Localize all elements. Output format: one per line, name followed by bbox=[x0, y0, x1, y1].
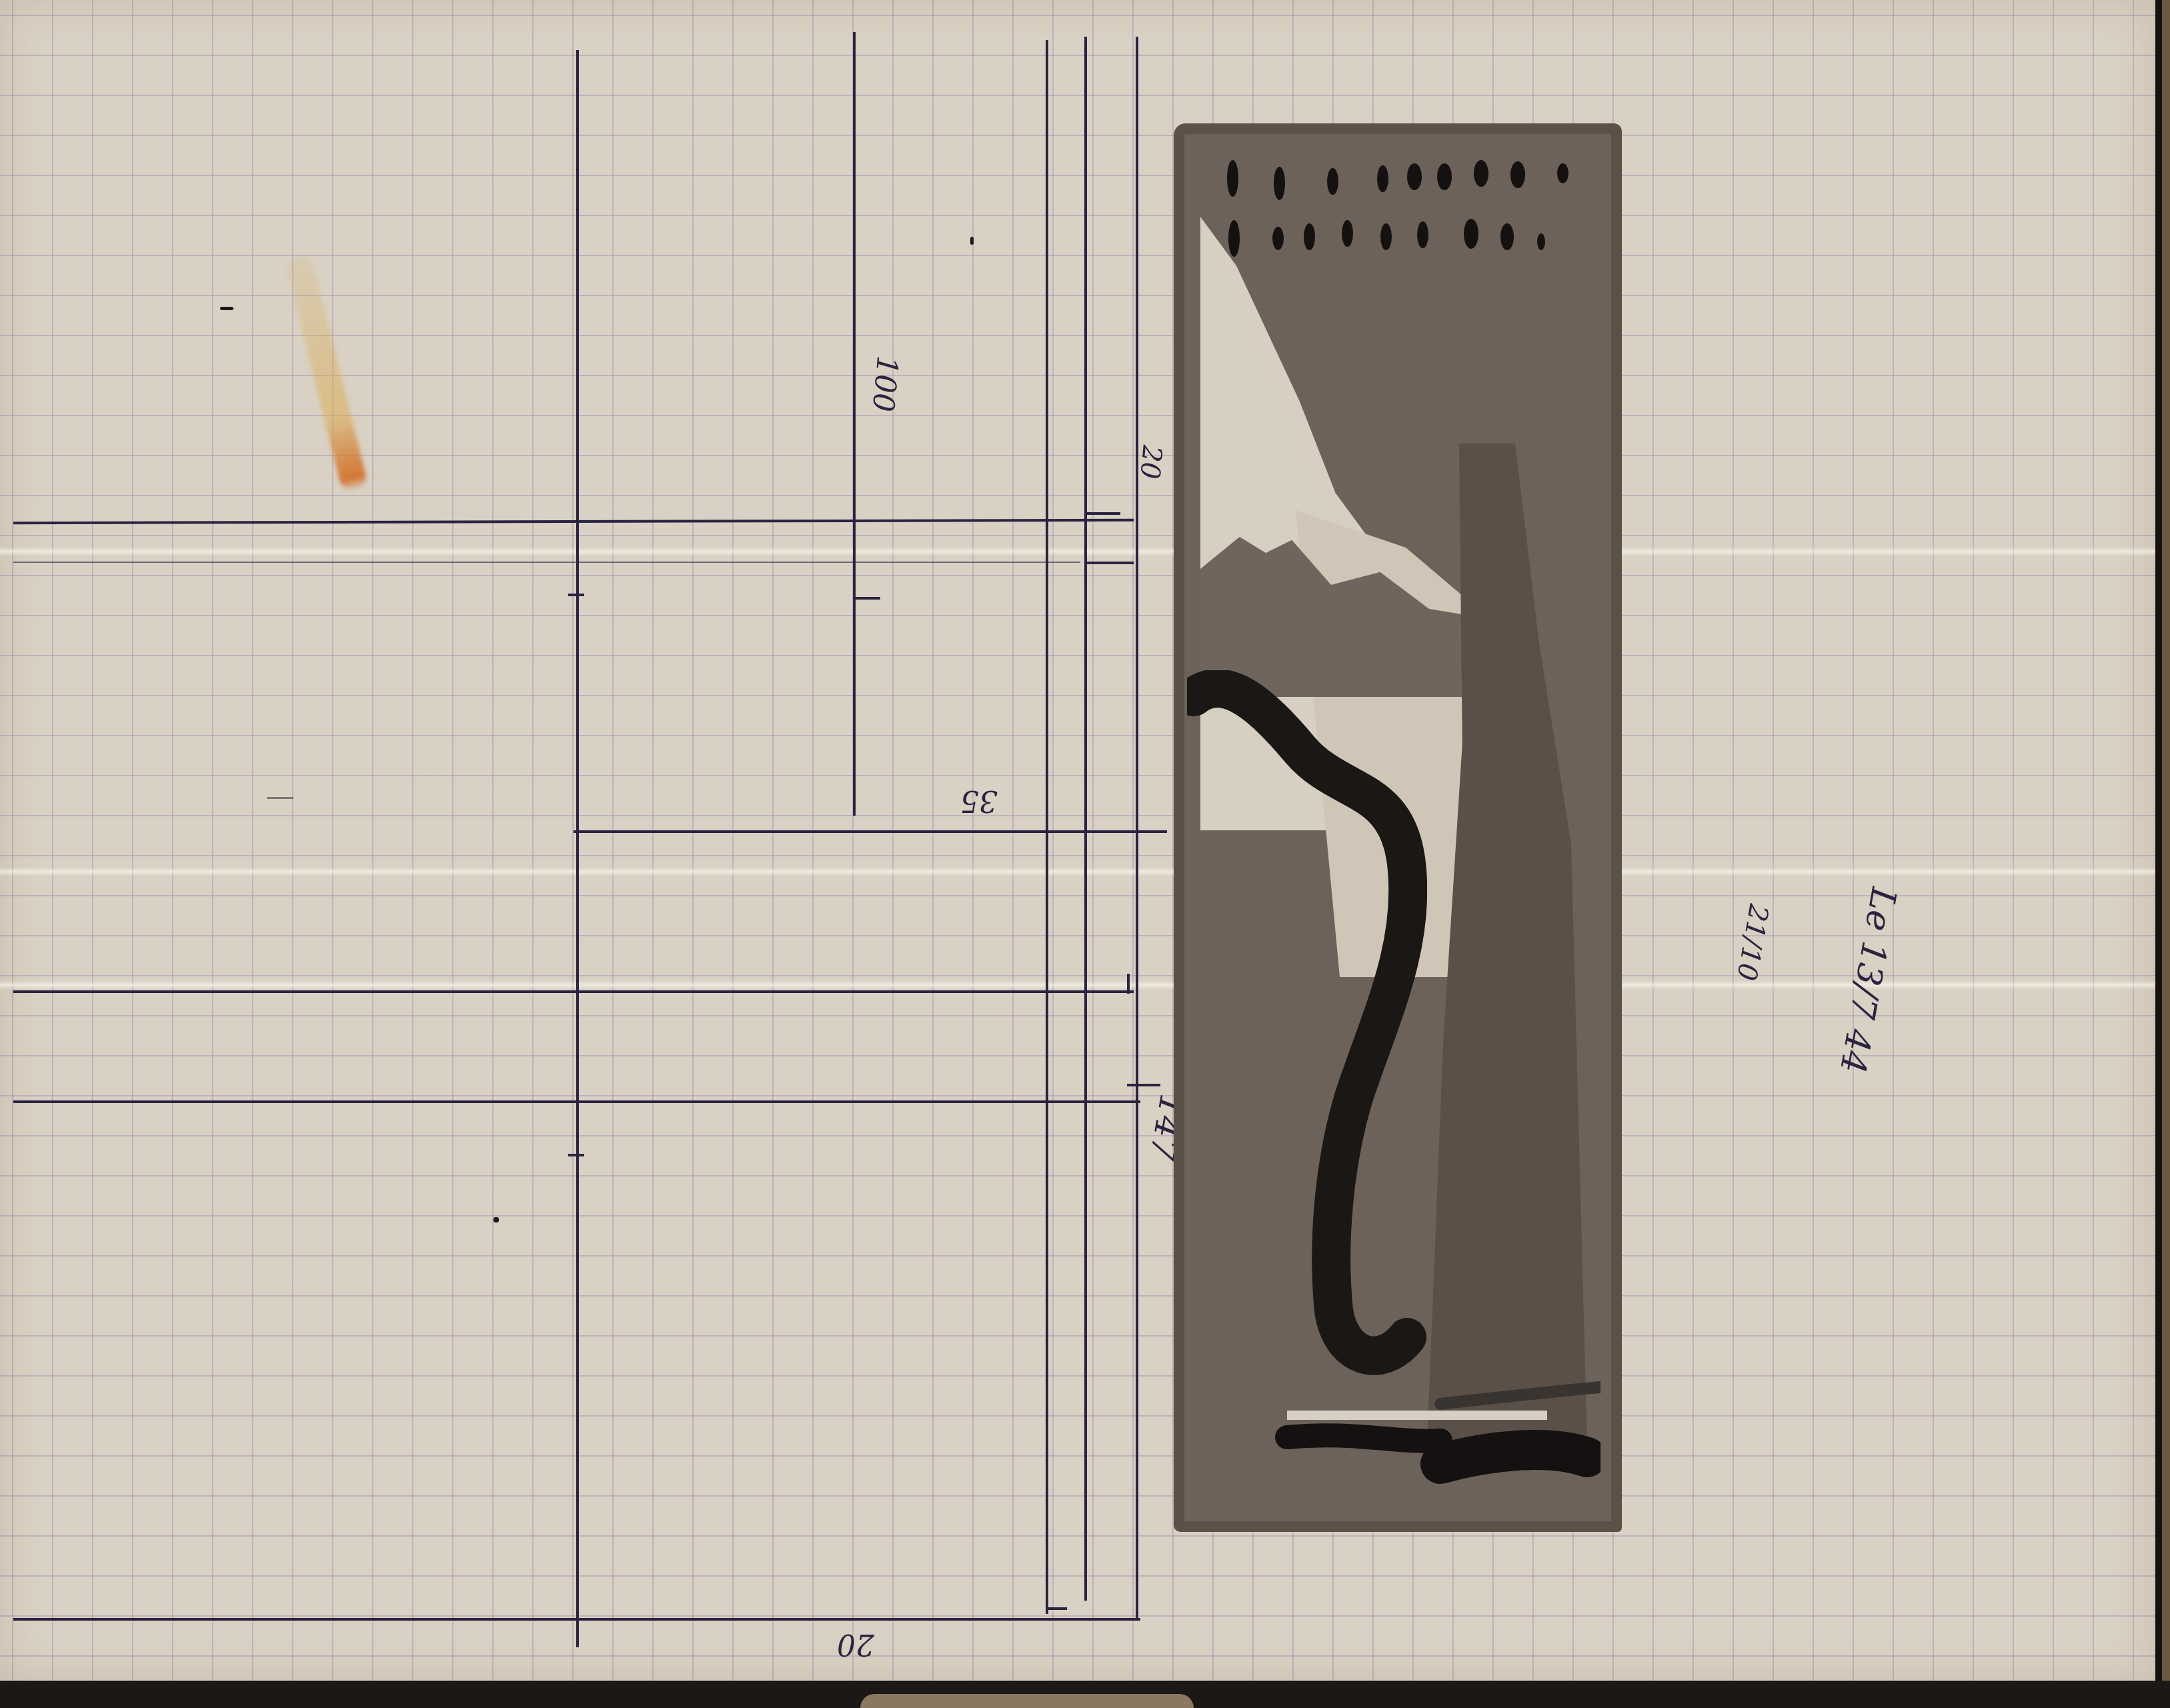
tick-mark bbox=[568, 1154, 584, 1156]
paper-fold-highlight bbox=[0, 547, 2155, 556]
dot bbox=[1227, 160, 1238, 197]
painting-bottom-strokes bbox=[1187, 1377, 1600, 1511]
dotted-frieze bbox=[1220, 160, 1554, 247]
construction-line-vertical bbox=[576, 50, 579, 1647]
scan-background-bottom bbox=[0, 1681, 2170, 1708]
construction-line-vertical bbox=[853, 32, 856, 816]
painting-serpentine-figure bbox=[1187, 670, 1427, 1417]
ink-speck bbox=[267, 797, 293, 799]
backing-board bbox=[2162, 0, 2170, 1708]
paper-fold-highlight bbox=[0, 980, 2155, 990]
dot bbox=[1407, 163, 1422, 190]
dot bbox=[1417, 221, 1428, 248]
construction-line-horizontal bbox=[13, 562, 1080, 563]
dot bbox=[1272, 227, 1284, 250]
dot bbox=[1474, 160, 1488, 187]
tick-mark bbox=[1127, 974, 1130, 994]
construction-line-vertical bbox=[1084, 37, 1087, 1601]
dot bbox=[1274, 167, 1285, 200]
scan-background-right bbox=[2155, 0, 2170, 1708]
ink-speck bbox=[220, 307, 233, 310]
construction-line-horizontal bbox=[574, 830, 1167, 833]
dot bbox=[1500, 223, 1514, 250]
dot bbox=[1228, 220, 1240, 257]
tick-mark bbox=[1087, 562, 1134, 564]
dot bbox=[1342, 220, 1353, 247]
graph-paper-sheet bbox=[0, 0, 2155, 1681]
dot bbox=[1304, 223, 1315, 250]
construction-line-vertical bbox=[1046, 40, 1048, 1614]
tick-mark bbox=[1127, 1084, 1160, 1086]
tick-mark bbox=[1047, 1607, 1067, 1610]
construction-line-vertical bbox=[1136, 37, 1138, 1621]
dot bbox=[1377, 165, 1388, 192]
dot bbox=[1464, 219, 1478, 249]
dot bbox=[1510, 161, 1525, 188]
measurement-label: 100 bbox=[866, 354, 904, 413]
tick-mark bbox=[854, 597, 880, 600]
dot bbox=[1557, 163, 1568, 183]
paper-fold-highlight bbox=[0, 867, 2155, 876]
measurement-label: 20 bbox=[837, 1627, 874, 1661]
ink-speck bbox=[493, 1217, 499, 1222]
ink-speck bbox=[970, 237, 974, 245]
dot bbox=[1437, 163, 1452, 190]
dot bbox=[1327, 168, 1338, 195]
measurement-label: 35 bbox=[960, 784, 998, 818]
ink-wash-painting bbox=[1160, 110, 1627, 1531]
construction-line-horizontal bbox=[13, 990, 1134, 993]
backing-paper-tab bbox=[860, 1694, 1194, 1708]
construction-line-horizontal bbox=[13, 1100, 1140, 1103]
construction-line-horizontal bbox=[13, 1618, 1140, 1621]
tick-mark bbox=[568, 594, 584, 596]
tick-mark bbox=[1087, 512, 1120, 515]
dot bbox=[1537, 233, 1545, 250]
dot bbox=[1380, 223, 1392, 250]
